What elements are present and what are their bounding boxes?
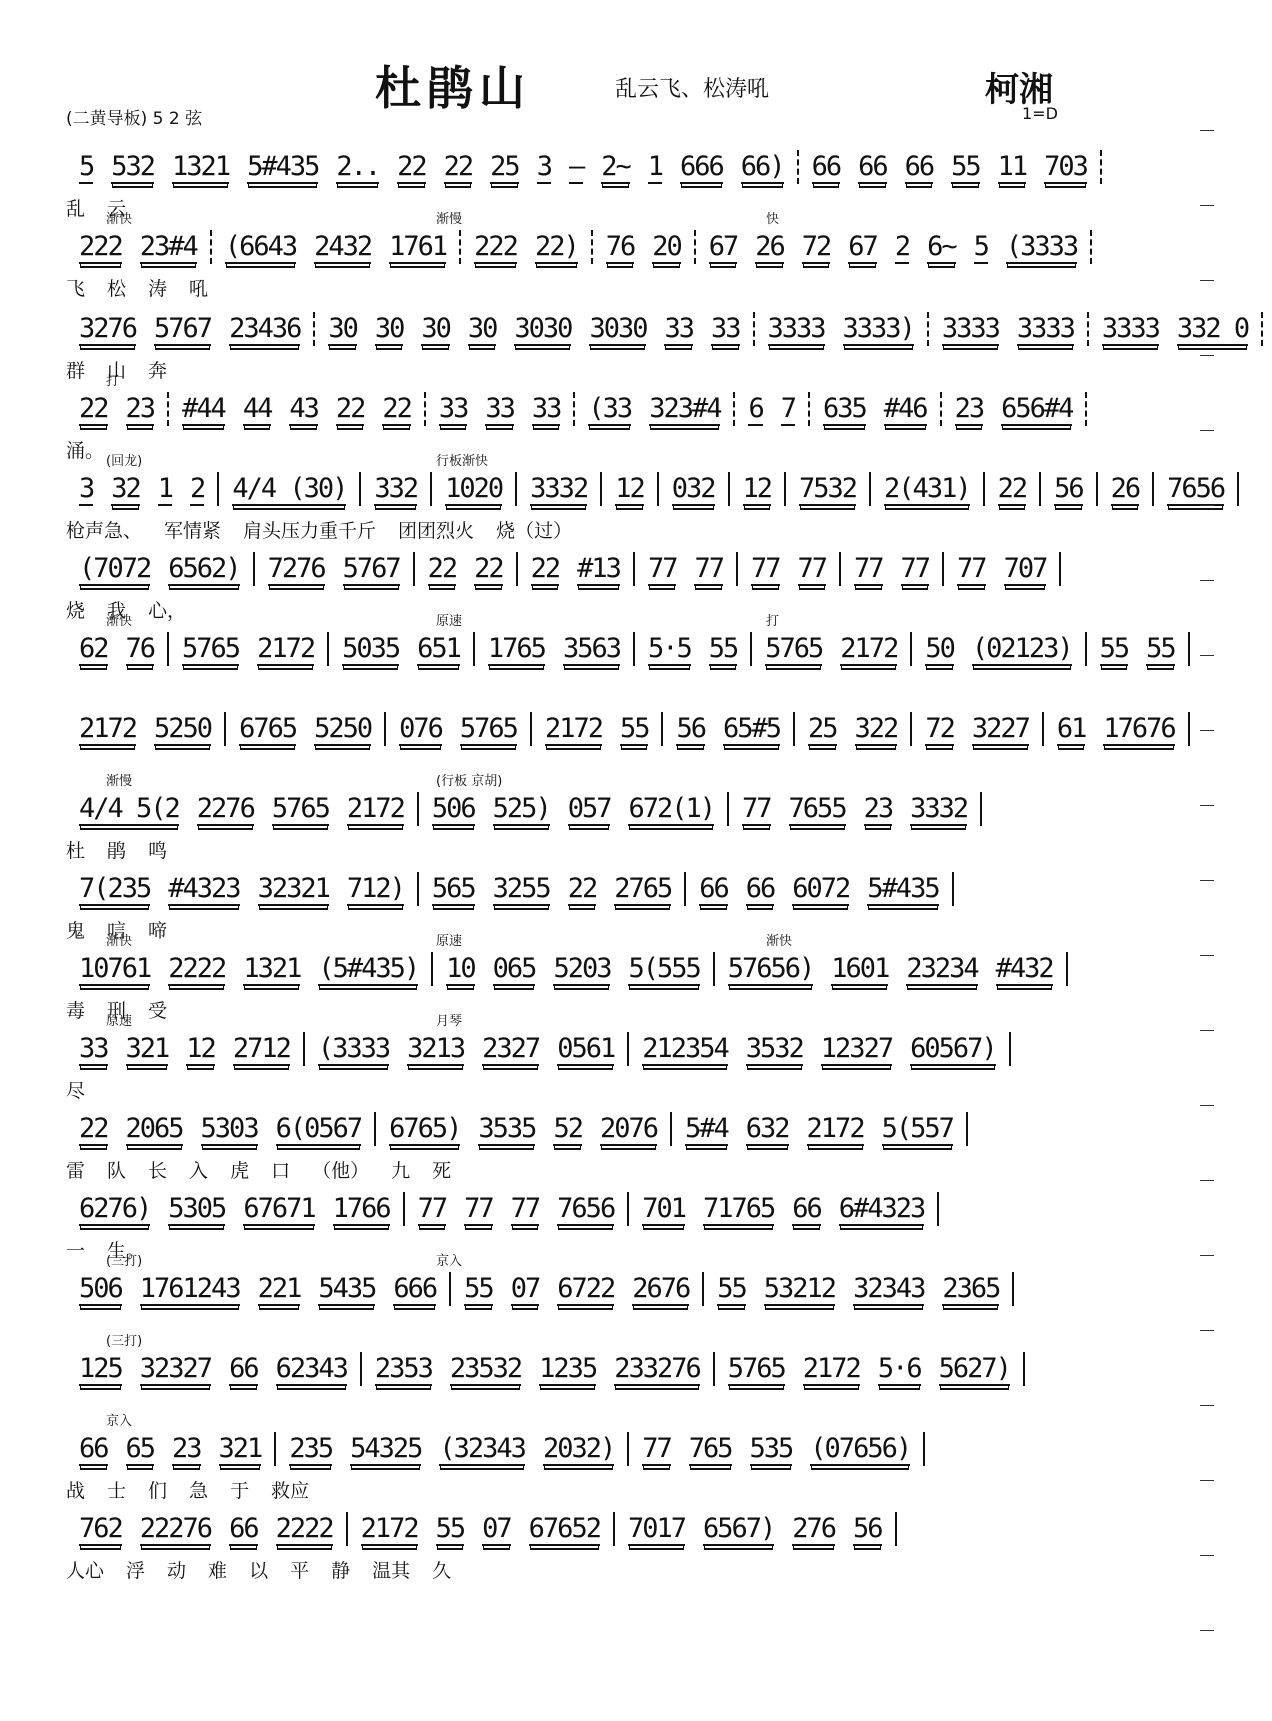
note-group: 55 (620, 715, 649, 746)
note-group: 6#4323 (839, 1195, 925, 1226)
note-group: 2172 (347, 795, 404, 826)
measure: 25322 (795, 712, 912, 746)
measure: 72765767 (255, 552, 415, 586)
lyric-word: 队 (107, 1160, 126, 1182)
note-group: 057 (568, 795, 611, 826)
tempo-annotation: 打 (106, 370, 119, 389)
score-line: 33321122712(3333321323270561212354353212… (66, 1032, 1106, 1072)
lyric-word: 们 (148, 1480, 167, 1502)
note-group: 3333 (1017, 315, 1074, 346)
margin-tick (1200, 1630, 1214, 1631)
note-group: 44 (243, 395, 272, 426)
measure: 22222) (461, 230, 593, 264)
margin-tick (1200, 130, 1214, 131)
note-group: 1321 (243, 955, 300, 986)
margin-tick (1200, 205, 1214, 206)
note-group: 656#4 (1001, 395, 1072, 426)
note-group: 7655 (789, 795, 846, 826)
notes-row: 22223#4(66432432176122222)76206726726726… (66, 230, 1092, 264)
tempo-annotation: 渐快 (106, 610, 132, 629)
note-group: 701 (642, 1195, 685, 1226)
note-group: 26 (1111, 475, 1140, 506)
measure: 23554325(323432032) (276, 1432, 629, 1466)
lyric-word: 以 (249, 1560, 268, 1582)
note-group: 2~ (601, 153, 630, 184)
note-group: 235 (289, 1435, 332, 1466)
measure: 76222276662222 (66, 1512, 348, 1546)
note-group: 765 (689, 1435, 732, 1466)
note-group: 322 (855, 715, 898, 746)
note-group: (7072 (79, 555, 150, 586)
lyric-word: 毒 (66, 1000, 85, 1022)
note-group: (3333 (1006, 233, 1077, 264)
note-group: 77 (648, 555, 677, 586)
measure: 6117676 (1044, 712, 1190, 746)
measure: 22206553036(0567 (66, 1112, 376, 1146)
note-group: 2 (895, 233, 909, 264)
measure: 5553212323432365 (704, 1272, 1014, 1306)
note-group: 1601 (831, 955, 888, 986)
note-group: 032 (672, 475, 715, 506)
note-group: 5#4 (685, 1115, 728, 1146)
measure: 332 (361, 472, 432, 506)
note-group: 2172 (545, 715, 602, 746)
note-group: 76 (126, 635, 155, 666)
margin-tick (1200, 1480, 1214, 1481)
measure: 21725250 (66, 712, 226, 746)
measure: 5665#5 (663, 712, 795, 746)
note-group: 23532 (450, 1355, 521, 1386)
measure: 6276 (66, 632, 169, 666)
lyrics-row: 群山奔 (66, 356, 189, 383)
measure: 3332 (517, 472, 602, 506)
lyrics-row: 飞松涛吼 (66, 274, 230, 301)
note-group: 33 (485, 395, 514, 426)
lyric-word: 士 (107, 1480, 126, 1502)
note-group: 22 (428, 555, 457, 586)
measure: 7532 (786, 472, 871, 506)
notes-row: (70726562)72765767222222#137777777777777… (66, 552, 1061, 586)
lyric-word: 涛 (148, 278, 167, 300)
note-group: 11 (998, 153, 1027, 184)
note-group: 56 (1054, 475, 1083, 506)
tempo-annotation: 月琴 (436, 1010, 462, 1029)
notes-row: 2223#4444432222333333(33323#467635#46236… (66, 392, 1087, 426)
note-group: 666 (680, 153, 723, 184)
note-group: (32343 (439, 1435, 525, 1466)
note-group: 6(0567 (276, 1115, 362, 1146)
measure: 4/4 (30) (219, 472, 361, 506)
note-group: 55 (709, 635, 738, 666)
note-group: 77 (751, 555, 780, 586)
margin-tick (1200, 655, 1214, 656)
measure: 5555 (1087, 632, 1190, 666)
tempo-annotation: 渐慢 (106, 770, 132, 789)
measure: 33321122712 (66, 1032, 305, 1066)
note-group: 4/4 5(2 (79, 795, 179, 826)
measure: 5·555 (635, 632, 752, 666)
lyric-word: 急 (189, 1480, 208, 1502)
score-line: 7(235#432332321712)565325522276566666072… (66, 872, 1106, 912)
lyrics-row: 人心浮动难以平静温其久 (66, 1556, 473, 1583)
note-group: 7532 (799, 475, 856, 506)
note-group: 65 (126, 1435, 155, 1466)
note-group: 5·5 (648, 635, 691, 666)
score-line: 6276)5305676711766777777765670171765666#… (66, 1192, 1106, 1232)
note-group: 66 (858, 153, 887, 184)
notes-row: 22206553036(05676765)35355220765#4632217… (66, 1112, 968, 1146)
note-group: 3227 (972, 715, 1029, 746)
measure: 506525)057672(1) (419, 792, 729, 826)
measure: 7(235#432332321712) (66, 872, 419, 906)
note-group: 2076 (600, 1115, 657, 1146)
lyrics-row: 杜鹃鸣 (66, 836, 189, 863)
note-group: 55 (1146, 635, 1175, 666)
note-group: 67671 (243, 1195, 314, 1226)
note-group: 12327 (821, 1035, 892, 1066)
note-group: 5767 (343, 555, 400, 586)
score-line: 332124/4 (30)33210203332120321275322(431… (66, 472, 1106, 512)
note-group: 2353 (375, 1355, 432, 1386)
note-group: 1 (648, 153, 662, 184)
note-group: 076 (399, 715, 442, 746)
note-group: 65#5 (723, 715, 780, 746)
measure: 5035651 (329, 632, 475, 666)
note-group: 276 (792, 1515, 835, 1546)
measure: 26 (1098, 472, 1155, 506)
note-group: 66 (79, 1435, 108, 1466)
measure: 7777 (635, 552, 738, 586)
note-group: 332 (374, 475, 417, 506)
lyric-word: 烧 (66, 600, 85, 622)
measure: 4/4 5(2227657652172 (66, 792, 419, 826)
measure: 3276576723436 (66, 312, 315, 346)
note-group: 2172 (840, 635, 897, 666)
note-group: 506 (432, 795, 475, 826)
note-group: 66 (905, 153, 934, 184)
note-group: 22 (531, 555, 560, 586)
lyric-word: 受 (148, 1000, 167, 1022)
note-group: 5765 (272, 795, 329, 826)
note-group: 23 (126, 395, 155, 426)
note-group: 77 (901, 555, 930, 586)
note-group: 23 (172, 1435, 201, 1466)
note-group: 67652 (529, 1515, 600, 1546)
note-group: — (569, 153, 583, 184)
note-group: 10 (446, 955, 475, 986)
margin-tick (1200, 1255, 1214, 1256)
measure: 217255 (532, 712, 664, 746)
note-group: #4323 (168, 875, 239, 906)
tempo-annotation: (三打) (106, 1250, 142, 1269)
note-group: 3 (79, 475, 93, 506)
note-group: 3532 (746, 1035, 803, 1066)
measure: 333333 (426, 392, 576, 426)
tempo-annotation: 原速 (106, 1010, 132, 1029)
note-group: 60567) (910, 1035, 996, 1066)
margin-tick (1200, 955, 1214, 956)
lyric-word: 枪声急、 (66, 520, 142, 542)
margin-tick (1200, 880, 1214, 881)
lyric-word: 鹃 (107, 840, 126, 862)
note-group: 20 (652, 233, 681, 264)
measure: 777655233332 (729, 792, 982, 826)
note-group: 67 (709, 233, 738, 264)
margin-tick (1200, 1030, 1214, 1031)
measure: 2223 (66, 392, 169, 426)
measure: 7777 (841, 552, 944, 586)
note-group: 1 (158, 475, 172, 506)
note-group: 3030 (514, 315, 571, 346)
notes-row: 66652332123554325(323432032)77765535(076… (66, 1432, 925, 1466)
note-group: 33 (711, 315, 740, 346)
measure: 22223#4 (66, 230, 212, 264)
measure: 33212 (66, 472, 219, 506)
notes-row: 7(235#432332321712)565325522276566666072… (66, 872, 954, 906)
lyric-word: 鸣 (148, 840, 167, 862)
notes-row: 217252506765525007657652172555665#525322… (66, 712, 1190, 746)
note-group: (33 (588, 395, 631, 426)
note-group: 22 (568, 875, 597, 906)
note-group: 25 (808, 715, 837, 746)
notes-row: 332124/4 (30)33210203332120321275322(431… (66, 472, 1239, 506)
note-group: 32321 (258, 875, 329, 906)
measure: 12 (730, 472, 787, 506)
tempo-annotation: 渐慢 (436, 208, 462, 227)
measure: 125323276662343 (66, 1352, 362, 1386)
note-group: 5#435 (247, 153, 318, 184)
note-group: 2172 (361, 1515, 418, 1546)
note-group: 222 (79, 233, 122, 264)
note-group: 2.. (336, 153, 379, 184)
lyric-word: 九 (391, 1160, 410, 1182)
note-group: 3332 (910, 795, 967, 826)
measure: 550767222676 (451, 1272, 704, 1306)
note-group: 12 (615, 475, 644, 506)
measure: 57652172 (752, 632, 912, 666)
note-group: 2222 (276, 1515, 333, 1546)
note-group: (6643 (225, 233, 296, 264)
lyric-word: 人心 (66, 1560, 104, 1582)
note-group: 22276 (140, 1515, 211, 1546)
note-group: 3213 (407, 1035, 464, 1066)
note-group: 57656) (728, 955, 814, 986)
note-group: 222 (474, 233, 517, 264)
note-group: 7656 (557, 1195, 614, 1226)
measure: 57656)160123234#432 (715, 952, 1068, 986)
margin-tick (1200, 1330, 1214, 1331)
measure: 17653563 (475, 632, 635, 666)
score-line: 553213215#4352..2222253—2~166666)6666665… (66, 150, 1106, 190)
note-group: 56 (853, 1515, 882, 1546)
note-group: 3333) (843, 315, 914, 346)
note-group: 3 (537, 153, 551, 184)
lyric-word: 雷 (66, 1160, 85, 1182)
note-group: 2172 (803, 1355, 860, 1386)
note-group: 212354 (642, 1035, 728, 1066)
note-group: 5 (974, 233, 988, 264)
note-group: 6562) (168, 555, 239, 586)
tempo-annotation: 行板渐快 (436, 450, 488, 469)
note-group: 525) (493, 795, 550, 826)
note-group: 54325 (350, 1435, 421, 1466)
lyrics-row: 雷队长入虎口（他）九死 (66, 1156, 473, 1183)
note-group: 703 (1044, 153, 1087, 184)
note-group: (5#435) (318, 955, 418, 986)
note-group: 66 (699, 875, 728, 906)
note-group: 7 (781, 395, 795, 426)
note-group: 71765 (703, 1195, 774, 1226)
tempo-annotation: 原速 (436, 610, 462, 629)
lyric-word: 动 (167, 1560, 186, 1582)
note-group: 3255 (493, 875, 550, 906)
note-group: 7656 (1167, 475, 1224, 506)
lyric-word: 久 (432, 1560, 451, 1582)
note-group: 3276 (79, 315, 136, 346)
note-group: 22) (535, 233, 578, 264)
lyric-word: 虎 (230, 1160, 249, 1182)
measure: 70176567)27656 (615, 1512, 897, 1546)
note-group: 22 (444, 153, 473, 184)
notes-row: 6276)5305676711766777777765670171765666#… (66, 1192, 939, 1226)
measure: 5653255222765 (419, 872, 686, 906)
notes-row: 1253232766623432353235321235233276576521… (66, 1352, 1025, 1386)
margin-tick (1200, 580, 1214, 581)
note-group: 3332 (530, 475, 587, 506)
note-group: (02123) (972, 635, 1072, 666)
score-line: 217252506765525007657652172555665#525322… (66, 712, 1106, 752)
note-group: 2065 (126, 1115, 183, 1146)
measure: 2353235321235233276 (362, 1352, 715, 1386)
lyric-word: 口 (271, 1160, 290, 1182)
note-group: 5765 (460, 715, 517, 746)
score-title: 杜鹃山 (375, 52, 531, 118)
score-line: 6276576521725035651176535635·55557652172… (66, 632, 1106, 672)
note-group: 535 (750, 1435, 793, 1466)
note-group: 2432 (314, 233, 371, 264)
measure: 77765535(07656) (629, 1432, 925, 1466)
note-group: 2222 (168, 955, 225, 986)
lyric-word: 奔 (148, 360, 167, 382)
measure: 553213215#4352..2222253—2~166666) (66, 150, 799, 184)
note-group: 66 (229, 1355, 258, 1386)
note-group: 72 (925, 715, 954, 746)
note-group: 12 (743, 475, 772, 506)
note-group: 5250 (154, 715, 211, 746)
lyric-word: 长 (148, 1160, 167, 1182)
score-line: 76222276662222217255076765270176567)2765… (66, 1512, 1106, 1552)
note-group: 323#4 (649, 395, 720, 426)
note-group: 3333 (942, 315, 999, 346)
note-group: 32 (111, 475, 140, 506)
measure: 7620 (593, 230, 696, 264)
note-group: 66 (746, 875, 775, 906)
note-group: 77 (694, 555, 723, 586)
measure: 67655250 (226, 712, 386, 746)
measure: 666523321 (66, 1432, 276, 1466)
lyric-word: 肩头压力重千斤 (243, 520, 376, 542)
note-group: 23234 (906, 955, 977, 986)
note-group: 7(235 (79, 875, 150, 906)
note-group: #44 (182, 395, 225, 426)
lyrics-row: 战士们急于救应 (66, 1476, 331, 1503)
notes-row: 3276576723436303030303030303033333333333… (66, 312, 1263, 346)
note-group: 233276 (614, 1355, 700, 1386)
note-group: 5#435 (867, 875, 938, 906)
lyric-word: 静 (331, 1560, 350, 1582)
note-group: 3535 (478, 1115, 535, 1146)
note-group: 632 (746, 1115, 789, 1146)
note-group: 12 (186, 1035, 215, 1066)
note-group: 33 (532, 395, 561, 426)
note-group: 5627) (939, 1355, 1010, 1386)
lyric-word: 死 (432, 1160, 451, 1182)
note-group: 6765) (389, 1115, 460, 1146)
measure: 50617612432215435666 (66, 1272, 451, 1306)
margin-tick (1200, 730, 1214, 731)
margin-tick (1200, 1105, 1214, 1106)
lyric-word: 群 (66, 360, 85, 382)
margin-tick (1200, 805, 1214, 806)
note-group: 50 (925, 635, 954, 666)
note-group: 25 (490, 153, 519, 184)
note-group: 66) (741, 153, 784, 184)
note-group: 5250 (314, 715, 371, 746)
note-group: 5765 (728, 1355, 785, 1386)
note-group: 23#4 (140, 233, 197, 264)
tempo-annotation: (回龙) (106, 450, 142, 469)
note-group: 77 (418, 1195, 447, 1226)
note-group: 666 (393, 1275, 436, 1306)
measure: 635#46 (810, 392, 942, 426)
lyric-word: 吼 (189, 278, 208, 300)
note-group: 77 (742, 795, 771, 826)
notes-row: 553213215#4352..2222253—2~166666)6666665… (66, 150, 1102, 184)
score-line: 2223#4444432222333333(33323#467635#46236… (66, 392, 1106, 432)
tempo-annotation: 渐快 (106, 208, 132, 227)
measure: 1076122221321(5#435) (66, 952, 433, 986)
note-group: 332 0 (1177, 315, 1248, 346)
lyrics-row: 枪声急、军情紧肩头压力重千斤团团烈火烧（过） (66, 516, 594, 543)
measure: 6726726726~5(3333 (696, 230, 1092, 264)
note-group: 5(557 (882, 1115, 953, 1146)
margin-tick (1200, 430, 1214, 431)
note-group: 30 (421, 315, 450, 346)
notes-row: 6276576521725035651176535635·55557652172… (66, 632, 1190, 666)
note-group: 3333 (1102, 315, 1159, 346)
note-group: 707 (1004, 555, 1047, 586)
lyric-word: 浮 (126, 1560, 145, 1582)
note-group: 1321 (172, 153, 229, 184)
note-group: 23 (864, 795, 893, 826)
note-group: 22 (397, 153, 426, 184)
measure: 723227 (912, 712, 1044, 746)
note-group: 67 (848, 233, 877, 264)
margin-tick (1200, 505, 1214, 506)
note-group: 77 (642, 1435, 671, 1466)
measure: (33323#4 (575, 392, 735, 426)
note-group: 62343 (276, 1355, 347, 1386)
note-group: 77 (957, 555, 986, 586)
measure: 6666665511703 (799, 150, 1102, 184)
note-group: 32343 (853, 1275, 924, 1306)
note-group: 1761243 (140, 1275, 240, 1306)
note-group: 6276) (79, 1195, 150, 1226)
note-group: 55 (717, 1275, 746, 1306)
score-line: 66652332123554325(323432032)77765535(076… (66, 1432, 1106, 1472)
measure: 70171765666#4323 (629, 1192, 939, 1226)
note-group: 651 (417, 635, 460, 666)
